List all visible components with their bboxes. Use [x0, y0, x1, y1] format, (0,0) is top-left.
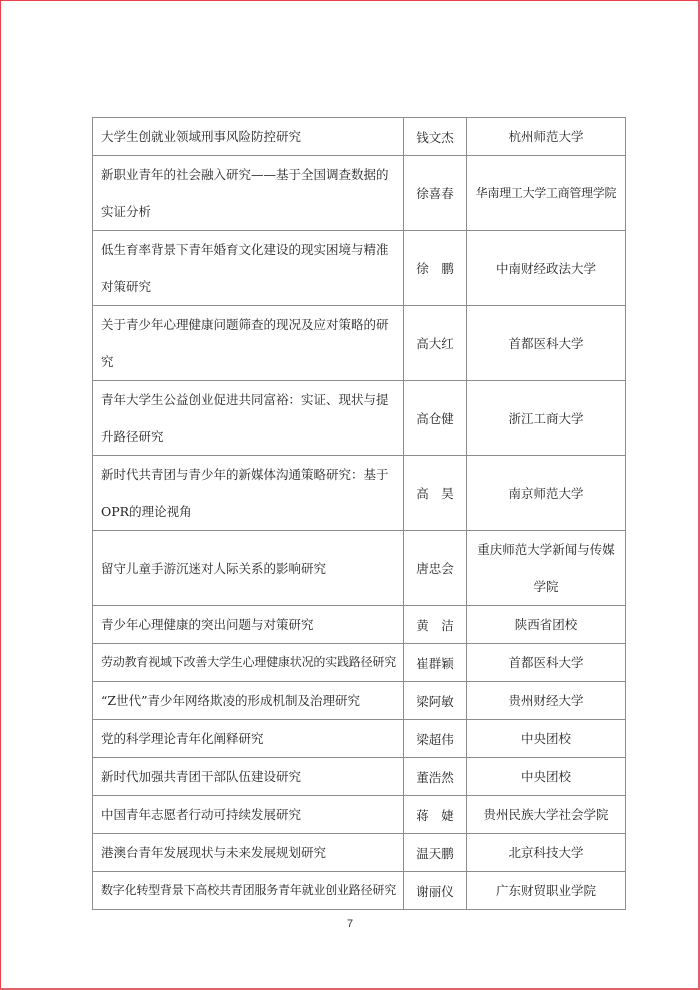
table-row: 青年大学生公益创业促进共同富裕：实证、现状与提升路径研究 高仓健 浙江工商大学 [93, 381, 626, 456]
institution-cell: 贵州民族大学社会学院 [467, 796, 626, 834]
table-row: 劳动教育视域下改善大学生心理健康状况的实践路径研究 崔群颖 首都医科大学 [93, 644, 626, 682]
table-row: 留守儿童手游沉迷对人际关系的影响研究 唐忠会 重庆师范大学新闻与传媒学院 [93, 531, 626, 606]
project-title-cell: 党的科学理论青年化阐释研究 [93, 720, 404, 758]
project-title-cell: 低生育率背景下青年婚育文化建设的现实困境与精准对策研究 [93, 231, 404, 306]
table-row: 数字化转型背景下高校共青团服务青年就业创业路径研究 谢丽仪 广东财贸职业学院 [93, 872, 626, 910]
project-title-cell: 新职业青年的社会融入研究——基于全国调查数据的实证分析 [93, 156, 404, 231]
project-title-cell: 新时代共青团与青少年的新媒体沟通策略研究：基于OPR的理论视角 [93, 456, 404, 531]
principal-cell: 蒋 婕 [404, 796, 467, 834]
page-number: 7 [0, 918, 700, 930]
principal-cell: 谢丽仪 [404, 872, 467, 910]
principal-cell: 黄 洁 [404, 606, 467, 644]
table-row: 新时代加强共青团干部队伍建设研究 董浩然 中央团校 [93, 758, 626, 796]
table-row: “Z世代”青少年网络欺凌的形成机制及治理研究 梁阿敏 贵州财经大学 [93, 682, 626, 720]
table-row: 关于青少年心理健康问题筛查的现况及应对策略的研究 高大红 首都医科大学 [93, 306, 626, 381]
principal-cell: 梁超伟 [404, 720, 467, 758]
principal-cell: 崔群颖 [404, 644, 467, 682]
institution-cell: 广东财贸职业学院 [467, 872, 626, 910]
institution-cell: 首都医科大学 [467, 306, 626, 381]
principal-cell: 高 昊 [404, 456, 467, 531]
project-title-cell: 青少年心理健康的突出问题与对策研究 [93, 606, 404, 644]
project-title-cell: 新时代加强共青团干部队伍建设研究 [93, 758, 404, 796]
institution-cell: 华南理工大学工商管理学院 [467, 156, 626, 231]
table-row: 新时代共青团与青少年的新媒体沟通策略研究：基于OPR的理论视角 高 昊 南京师范… [93, 456, 626, 531]
project-title-cell: 青年大学生公益创业促进共同富裕：实证、现状与提升路径研究 [93, 381, 404, 456]
institution-cell: 中南财经政法大学 [467, 231, 626, 306]
institution-cell: 北京科技大学 [467, 834, 626, 872]
project-title-cell: 关于青少年心理健康问题筛查的现况及应对策略的研究 [93, 306, 404, 381]
principal-cell: 唐忠会 [404, 531, 467, 606]
institution-cell: 杭州师范大学 [467, 118, 626, 156]
table-row: 新职业青年的社会融入研究——基于全国调查数据的实证分析 徐喜春 华南理工大学工商… [93, 156, 626, 231]
principal-cell: 董浩然 [404, 758, 467, 796]
table-row: 青少年心理健康的突出问题与对策研究 黄 洁 陕西省团校 [93, 606, 626, 644]
project-title-cell: 劳动教育视域下改善大学生心理健康状况的实践路径研究 [93, 644, 404, 682]
principal-cell: 徐喜春 [404, 156, 467, 231]
institution-cell: 首都医科大学 [467, 644, 626, 682]
table-row: 党的科学理论青年化阐释研究 梁超伟 中央团校 [93, 720, 626, 758]
institution-cell: 重庆师范大学新闻与传媒学院 [467, 531, 626, 606]
principal-cell: 梁阿敏 [404, 682, 467, 720]
project-table: 大学生创就业领域刑事风险防控研究 钱文杰 杭州师范大学 新职业青年的社会融入研究… [92, 117, 626, 910]
institution-cell: 贵州财经大学 [467, 682, 626, 720]
table-row: 港澳台青年发展现状与未来发展规划研究 温天鹏 北京科技大学 [93, 834, 626, 872]
institution-cell: 中央团校 [467, 758, 626, 796]
project-title-cell: 中国青年志愿者行动可持续发展研究 [93, 796, 404, 834]
table-row: 低生育率背景下青年婚育文化建设的现实困境与精准对策研究 徐 鹏 中南财经政法大学 [93, 231, 626, 306]
principal-cell: 高大红 [404, 306, 467, 381]
institution-cell: 浙江工商大学 [467, 381, 626, 456]
project-title-cell: “Z世代”青少年网络欺凌的形成机制及治理研究 [93, 682, 404, 720]
project-title-cell: 数字化转型背景下高校共青团服务青年就业创业路径研究 [93, 872, 404, 910]
project-title-cell: 港澳台青年发展现状与未来发展规划研究 [93, 834, 404, 872]
principal-cell: 温天鹏 [404, 834, 467, 872]
project-title-cell: 大学生创就业领域刑事风险防控研究 [93, 118, 404, 156]
table-row: 中国青年志愿者行动可持续发展研究 蒋 婕 贵州民族大学社会学院 [93, 796, 626, 834]
project-title-cell: 留守儿童手游沉迷对人际关系的影响研究 [93, 531, 404, 606]
principal-cell: 高仓健 [404, 381, 467, 456]
institution-cell: 陕西省团校 [467, 606, 626, 644]
institution-cell: 南京师范大学 [467, 456, 626, 531]
table-row: 大学生创就业领域刑事风险防控研究 钱文杰 杭州师范大学 [93, 118, 626, 156]
principal-cell: 徐 鹏 [404, 231, 467, 306]
principal-cell: 钱文杰 [404, 118, 467, 156]
institution-cell: 中央团校 [467, 720, 626, 758]
